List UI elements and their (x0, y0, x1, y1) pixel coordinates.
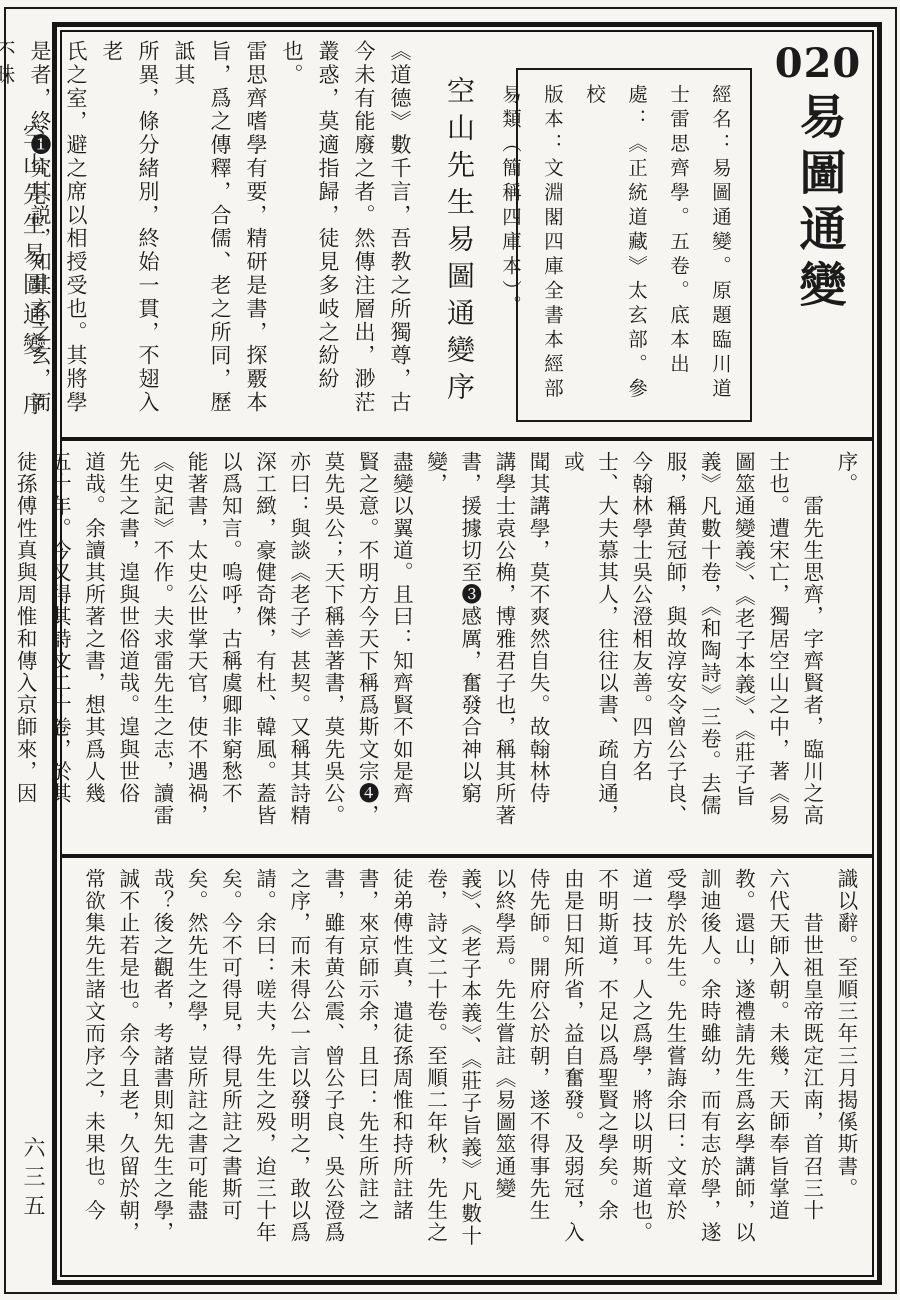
text-column: 深工緻，豪健奇傑，有杜、韓風。蓋皆 (246, 451, 280, 846)
bottom-band: 識以辭。至順三年三月揭傒斯書。 昔世祖皇帝既定江南，首召三十六代天師入朝。未幾，… (62, 854, 872, 1275)
text-column: 服，稱黄冠師，與故淳安令曾公子良、 (657, 451, 691, 846)
text-column: 圖筮通變義》、《老子本義》、《莊子旨 (725, 451, 759, 846)
text-column: 今未有能廢之者。然傳注層出，渺茫 (346, 40, 382, 436)
text-column: 是者，終❶究其説，知其玄之玄，而不昧 (0, 40, 58, 436)
book-page: 空山先生易圖通變 序 六三五 020 易圖通變 經名：易圖通變。原題臨川道士雷思… (0, 0, 900, 1300)
text-column: 士、大夫慕其人，往往以書、疏自通，或 (554, 451, 622, 846)
text-column: 序。 (828, 451, 862, 846)
preface-middle-columns: 序。 雷先生思齊，字齊賢者，臨川之高士也。遭宋亡，獨居空山之中，著《易圖筮通變義… (74, 451, 862, 846)
text-column: 亦曰：與談《老子》甚契。又稱其詩精 (281, 451, 315, 846)
text-column: 能著書，太史公世掌天官，使不遇禍， (178, 451, 212, 846)
page-number: 六三五 (18, 1136, 49, 1223)
text-column: 處：《正統道藏》太玄部。參校 (572, 84, 656, 406)
text-column: 識以辭。至順三年三月揭傒斯書。 (828, 868, 862, 1267)
text-column: 氏之室，避之席以相授受也。其將學 (58, 40, 94, 436)
masthead: 020 易圖通變 (770, 44, 866, 316)
text-column: 常欲集先生諸文而序之，未果也。今 (75, 868, 109, 1267)
text-column: 由是日知所省，益自奮發。及弱冠，入 (554, 868, 588, 1267)
text-column: 徒孫傅性真與周惟和傳入京師來，因 (7, 451, 41, 846)
text-column: 六代天師入朝。未幾，天師奉旨掌道 (759, 868, 793, 1267)
text-column: 莫先吳公；天下稱善著書，莫先吳公。 (315, 451, 349, 846)
header-band: 020 易圖通變 經名：易圖通變。原題臨川道士雷思齊學。五卷。底本出處：《正統道… (62, 32, 872, 437)
text-column: 教。還山，遂禮請先生爲玄學講師，以 (725, 868, 759, 1267)
text-column: 書，來京師示余，且曰：先生所註之 (349, 868, 383, 1267)
text-column: 誠不止若是也。余今且老，久留於朝， (110, 868, 144, 1267)
text-column: 版本：文淵閣四庫全書本經部 (530, 84, 572, 406)
bibliographic-box: 經名：易圖通變。原題臨川道士雷思齊學。五卷。底本出處：《正統道藏》太玄部。參校版… (516, 68, 752, 422)
issue-number: 020 (770, 44, 866, 84)
text-column: 易類（簡稱四庫本）。 (488, 84, 530, 406)
text-column: 義》凡數十卷，《和陶詩》三卷。去儒 (691, 451, 725, 846)
text-column: 士也。遭宋亡，獨居空山之中，著《易 (759, 451, 793, 846)
text-column: 盡變以翼道。且曰：知齊賢不如是齊 (383, 451, 417, 846)
text-column: 講學士袁公桷，博雅君子也，稱其所著 (486, 451, 520, 846)
text-column: 今翰林學士吳公澄相友善。四方名 (623, 451, 657, 846)
text-column: 受學於先生。先生嘗誨余曰：文章於 (657, 868, 691, 1267)
main-frame: 020 易圖通變 經名：易圖通變。原題臨川道士雷思齊學。五卷。底本出處：《正統道… (52, 22, 882, 1285)
text-column: 以終學焉。先生嘗註《易圖筮通變 (486, 868, 520, 1267)
text-column: 矣。今不可得見，得見所註之書斯可 (212, 868, 246, 1267)
text-column: 書，援據切至❸感厲，奮發合神以窮變， (417, 451, 485, 846)
text-column: 卷，詩文二十卷。至順二年秋，先生之 (417, 868, 451, 1267)
text-column: 先生之書，遑與世俗道哉。遑與世俗 (110, 451, 144, 846)
text-column: 訓迪後人。余時雖幼，而有志於學，遂 (691, 868, 725, 1267)
text-column: 所異，條分緒別，終始一貫，不翅入老 (94, 40, 166, 436)
text-column: 書，雖有黄公震、曾公子良、吳公澄爲 (315, 868, 349, 1267)
text-column: 哉？後之觀者，考諸書則知先生之學， (144, 868, 178, 1267)
text-column: 矣。然先生之學，豈所註之書可能盡 (178, 868, 212, 1267)
text-column: 聞其講學，莫不爽然自失。故翰林侍 (520, 451, 554, 846)
text-column: 道哉。余讀其所著之書，想其爲人幾 (75, 451, 109, 846)
preface-title: 空山先生易圖通變序 (438, 76, 478, 409)
book-title: 易圖通變 (795, 92, 842, 316)
text-column: 經名：易圖通變。原題臨川道 (698, 84, 740, 406)
text-column: 之序，而未得公一言以發明之，敢以爲 (281, 868, 315, 1267)
preface-bottom-columns: 識以辭。至順三年三月揭傒斯書。 昔世祖皇帝既定江南，首召三十六代天師入朝。未幾，… (74, 868, 862, 1267)
text-column: 昔世祖皇帝既定江南，首召三十 (794, 868, 828, 1267)
text-column: 叢惑，莫適指歸，徒見多岐之紛紛也。 (274, 40, 346, 436)
main-frame-inner: 020 易圖通變 經名：易圖通變。原題臨川道士雷思齊學。五卷。底本出處：《正統道… (60, 30, 874, 1277)
text-column: 賢之意。不明方今天下稱爲斯文宗❹， (349, 451, 383, 846)
text-column: 請。余曰：嗟夫，先生之殁，迨三十年 (246, 868, 280, 1267)
text-column: 徒弟傅性真，遣徒孫周惟和持所註諸 (383, 868, 417, 1267)
text-column: 雷先生思齊，字齊賢者，臨川之高 (794, 451, 828, 846)
middle-band: 序。 雷先生思齊，字齊賢者，臨川之高士也。遭宋亡，獨居空山之中，著《易圖筮通變義… (62, 437, 872, 854)
text-column: 不明斯道，不足以爲聖賢之學矣。余 (588, 868, 622, 1267)
text-column: 義》、《老子本義》、《莊子旨義》凡數十 (452, 868, 486, 1267)
text-column: 《史記》不作。夫求雷先生之志，讀雷 (144, 451, 178, 846)
text-column: 侍先師。開府公於朝，遂不得事先生 (520, 868, 554, 1267)
text-column: 以爲知言。嗚呼，古稱虞卿非窮愁不 (212, 451, 246, 846)
text-column: 道一技耳。人之爲學，將以明斯道也。 (623, 868, 657, 1267)
text-column: 旨，爲之傳釋，合儒、老之所同，歷詆其 (166, 40, 238, 436)
text-column: 五十年。今又得其詩文二十卷，於其 (41, 451, 75, 846)
text-column: 士雷思齊學。五卷。底本出 (656, 84, 698, 406)
preface-top-columns: 《道德》數千言，吾教之所獨尊，古今未有能廢之者。然傳注層出，渺茫叢惑，莫適指歸，… (0, 40, 418, 436)
text-column: 《道德》數千言，吾教之所獨尊，古 (382, 40, 418, 436)
text-column: 雷思齊嗜學有要，精研是書，探覈本 (238, 40, 274, 436)
